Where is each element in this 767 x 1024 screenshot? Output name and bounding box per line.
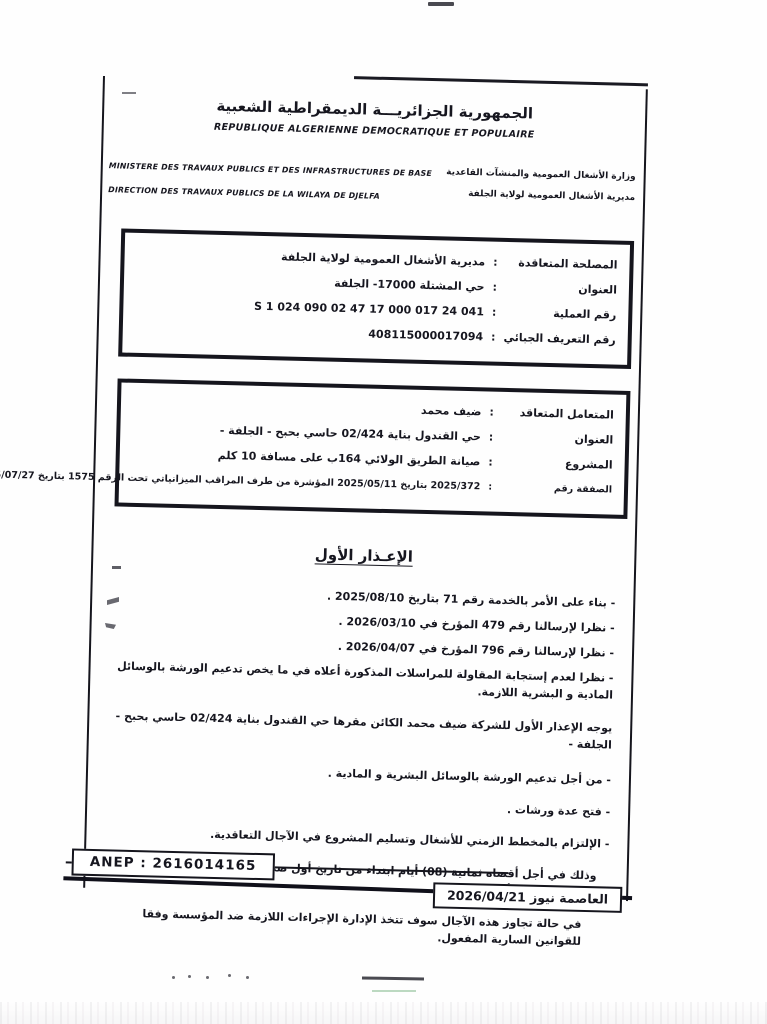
demand-line: - الإلتزام بالمخطط الزمني للأشغال وتسليم… — [100, 823, 609, 852]
newspaper-date-box: العاصمة نيوز 2026/04/21 — [433, 882, 623, 913]
row-colon: : — [491, 325, 496, 350]
row-colon: : — [489, 400, 494, 425]
issuer-french: MINISTERE DES TRAVAUX PUBLICS ET DES INF… — [108, 154, 432, 210]
notice-title: الإعـذار الأول — [93, 540, 634, 571]
row-label: المصلحة المتعاقدة — [505, 250, 618, 278]
row-colon: : — [492, 300, 497, 325]
row-label: العنوان — [501, 425, 614, 453]
row-label: رقم العملية — [504, 300, 617, 328]
row-colon: : — [488, 475, 492, 500]
newspaper-date: العاصمة نيوز 2026/04/21 — [447, 888, 608, 907]
scan-dot — [246, 976, 249, 979]
scan-stray-mark — [112, 566, 121, 569]
anep-box: ANEP : 2616014165 — [71, 848, 274, 880]
row-label: رقم التعريف الجبائي — [503, 325, 616, 353]
contractor-box: المتعامل المتعاقد : ضيف محمد العنوان : ح… — [114, 378, 630, 518]
consideration-line: - نظرا لإرسالنا رقم 796 المؤرخ في 2026/0… — [105, 632, 614, 661]
row-label: المتعامل المتعاقد — [502, 400, 615, 428]
document-frame: الجمهورية الجزائريـــة الديمقراطية الشعب… — [83, 76, 648, 901]
row-colon: : — [488, 450, 493, 475]
scan-dot — [228, 974, 231, 977]
issuer-block: MINISTERE DES TRAVAUX PUBLICS ET DES INF… — [102, 154, 644, 215]
demand-line: - من أجل تدعيم الورشة بالوسائل البشرية و… — [102, 759, 611, 788]
contracting-authority-box: المصلحة المتعاقدة : مديرية الأشغال العمو… — [118, 228, 634, 368]
scan-dot — [188, 975, 191, 978]
scan-artifact-bottom-dash — [362, 976, 424, 980]
row-colon: : — [489, 425, 494, 450]
row-colon: : — [492, 275, 497, 300]
warning-line: في حالة تجاوز هذه الآجال سوف تتخذ الإدار… — [98, 904, 608, 950]
demand-line: - فتح عدة ورشات . — [101, 791, 610, 820]
row-label: الصفقة رقم — [500, 475, 613, 503]
scan-dot — [206, 976, 209, 979]
scan-dot — [172, 976, 175, 979]
consideration-line: - نظرا لإرسالنا رقم 479 المؤرخ في 2026/0… — [106, 607, 615, 636]
issuer-arabic: وزارة الأشغال العمومية والمنشآت القاعدية… — [445, 162, 636, 209]
scan-artifact-top — [428, 2, 454, 6]
row-label: العنوان — [505, 275, 618, 303]
consideration-line: - بناء على الأمر بالخدمة رقم 71 بتاريخ 2… — [106, 582, 615, 611]
scan-artifact-green-dash — [372, 990, 416, 992]
scanned-document-page: الجمهورية الجزائريـــة الديمقراطية الشعب… — [0, 0, 767, 1024]
row-label: المشروع — [500, 450, 613, 478]
document-header: الجمهورية الجزائريـــة الديمقراطية الشعب… — [102, 76, 646, 215]
consideration-line: - نظرا لعدم إستجابة المقاولة للمراسلات ا… — [104, 657, 614, 703]
scan-noise-band — [0, 1002, 767, 1024]
addressed-line: يوجه الإعذار الأول للشركة ضيف محمد الكائ… — [103, 707, 613, 753]
direction-arabic: مديرية الأشغال العمومية لولاية الجلفة — [445, 183, 635, 209]
row-colon: : — [493, 250, 498, 275]
anep-number: ANEP : 2616014165 — [90, 854, 257, 874]
